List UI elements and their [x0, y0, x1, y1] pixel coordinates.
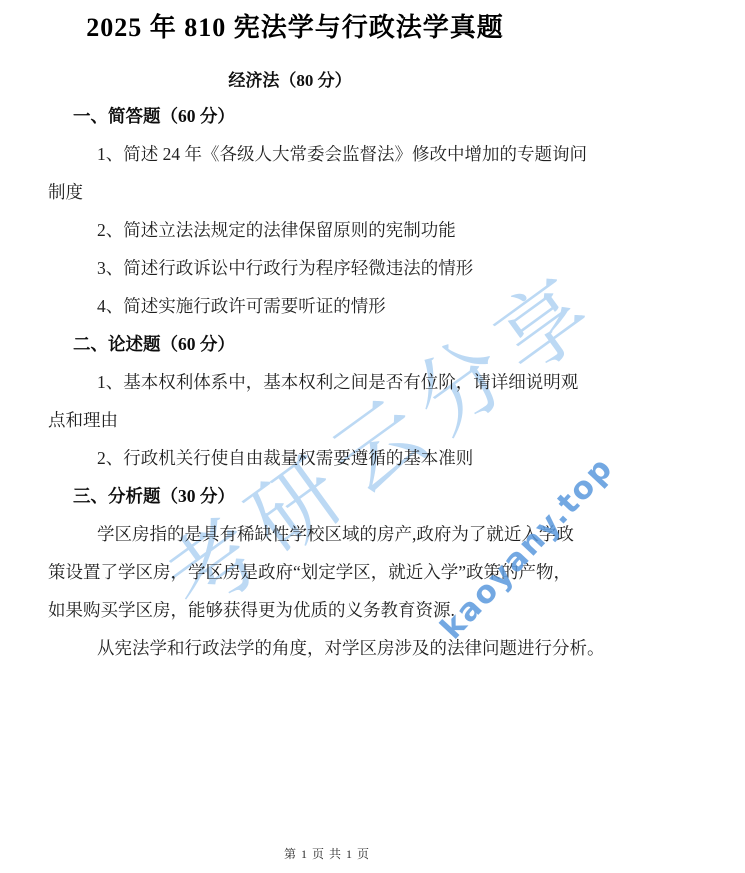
page-footer: 第 1 页 共 1 页: [0, 845, 654, 862]
document-page: 考研云分享 kaoyany.top 2025 年 810 宪法学与行政法学真题 …: [0, 0, 745, 873]
wrapped-text-line: 如果购买学区房，能够获得更为优质的义务教育资源.: [0, 598, 745, 636]
document-body: 一、简答题（60 分）1、简述 24 年《各级人大常委会监督法》修改中增加的专题…: [0, 104, 745, 674]
section-subtitle: 经济法（80 分）: [0, 66, 580, 91]
section-heading: 三、分析题（30 分）: [0, 484, 745, 522]
question-line: 1、基本权利体系中，基本权利之间是否有位阶，请详细说明观: [0, 370, 745, 408]
section-heading: 二、论述题（60 分）: [0, 332, 745, 370]
question-line: 4、简述实施行政许可需要听证的情形: [0, 294, 745, 332]
section-heading: 一、简答题（60 分）: [0, 104, 745, 142]
question-line: 2、简述立法法规定的法律保留原则的宪制功能: [0, 218, 745, 256]
question-line: 1、简述 24 年《各级人大常委会监督法》修改中增加的专题询问: [0, 142, 745, 180]
document-title: 2025 年 810 宪法学与行政法学真题: [0, 7, 590, 44]
question-line: 学区房指的是具有稀缺性学校区域的房产,政府为了就近入学政: [0, 522, 745, 560]
wrapped-text-line: 制度: [0, 180, 745, 218]
wrapped-text-line: 点和理由: [0, 408, 745, 446]
wrapped-text-line: 策设置了学区房，学区房是政府“划定学区，就近入学”政策的产物，: [0, 560, 745, 598]
question-line: 从宪法学和行政法学的角度，对学区房涉及的法律问题进行分析。: [0, 636, 745, 674]
question-line: 3、简述行政诉讼中行政行为程序轻微违法的情形: [0, 256, 745, 294]
